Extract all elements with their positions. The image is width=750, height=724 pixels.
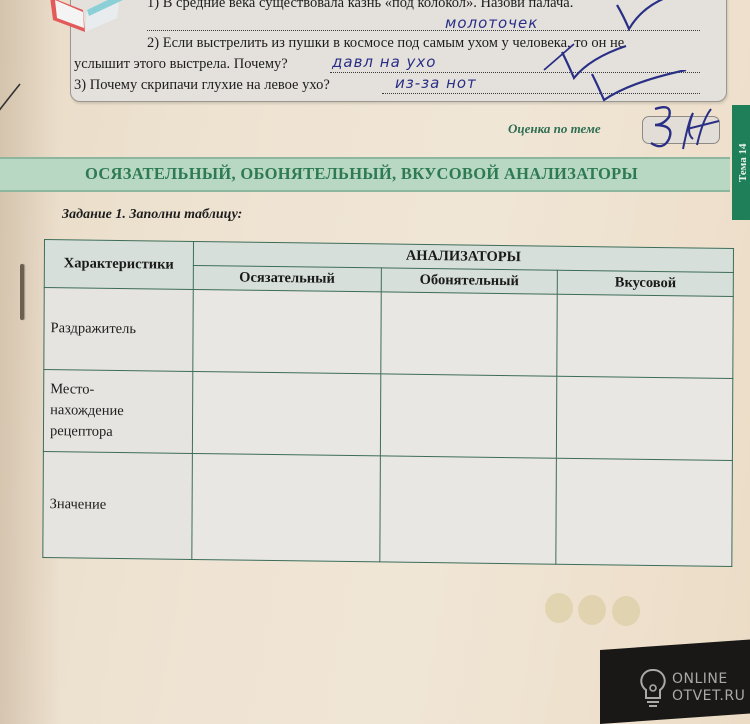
header-gustatory: Вкусовой — [558, 270, 734, 296]
question-3-number: 3) — [74, 77, 86, 93]
question-2-line2: услышит этого выстрела. Почему? — [74, 56, 288, 73]
header-characteristics: Характеристики — [44, 240, 193, 290]
watermark-line2: OTVET.RU — [672, 688, 745, 705]
cell-location-gustatory[interactable] — [557, 376, 733, 460]
handwritten-answer-1: молоточек — [445, 14, 538, 32]
paper-stain — [545, 593, 573, 623]
header-tactile: Осязательный — [193, 265, 381, 291]
cell-stimulus-tactile[interactable] — [193, 289, 381, 373]
side-tab-label: Тема 14 — [732, 105, 750, 220]
table-row: Значение — [43, 451, 733, 566]
binder-clip — [20, 264, 24, 320]
cell-stimulus-olfactory[interactable] — [380, 292, 557, 376]
handwritten-grade — [645, 99, 725, 159]
paper-stain — [612, 596, 640, 626]
margin-checkmark-icon — [0, 82, 23, 122]
question-1: 1) В средние века существовала казнь «по… — [147, 0, 573, 12]
book-icon — [45, 0, 125, 37]
question-1-text: В средние века существовала казнь «под к… — [163, 0, 574, 11]
cell-stimulus-gustatory[interactable] — [557, 294, 733, 378]
row-label-significance: Значение — [43, 451, 192, 559]
handwritten-answer-2: давл на ухо — [332, 53, 436, 71]
watermark-line1: ONLINE — [672, 671, 745, 688]
lightbulb-icon — [640, 668, 666, 708]
header-olfactory: Обонятельный — [381, 268, 558, 294]
cell-location-tactile[interactable] — [192, 371, 380, 455]
cell-significance-tactile[interactable] — [192, 453, 380, 561]
analyzers-table: Характеристики АНАЛИЗАТОРЫ Осязательный … — [42, 239, 734, 567]
topic-title: ОСЯЗАТЕЛЬНЫЙ, ОБОНЯТЕЛЬНЫЙ, ВКУСОВОЙ АНА… — [85, 164, 638, 184]
checkmark-icon-1 — [615, 0, 675, 35]
row-label-stimulus: Раздражитель — [44, 288, 193, 372]
question-2-number: 2) — [147, 35, 159, 51]
question-1-number: 1) — [147, 0, 159, 11]
question-3-text: Почему скрипачи глухие на левое ухо? — [90, 77, 330, 93]
table-row: Раздражитель — [44, 288, 733, 379]
cell-location-olfactory[interactable] — [380, 374, 557, 458]
row-label-receptor-location: Место- нахождение рецептора — [43, 369, 192, 453]
stroke-mark — [540, 42, 580, 72]
watermark: ONLINE OTVET.RU — [640, 668, 745, 708]
task-title: Задание 1. Заполни таблицу: — [62, 207, 242, 223]
paper-stain — [578, 595, 606, 625]
handwritten-answer-3: из-за нот — [395, 74, 477, 92]
cell-significance-olfactory[interactable] — [379, 456, 556, 564]
grade-label: Оценка по теме — [508, 121, 601, 137]
cell-significance-gustatory[interactable] — [556, 458, 732, 566]
question-3: 3) Почему скрипачи глухие на левое ухо? — [74, 77, 330, 94]
table-row: Место- нахождение рецептора — [43, 369, 732, 460]
